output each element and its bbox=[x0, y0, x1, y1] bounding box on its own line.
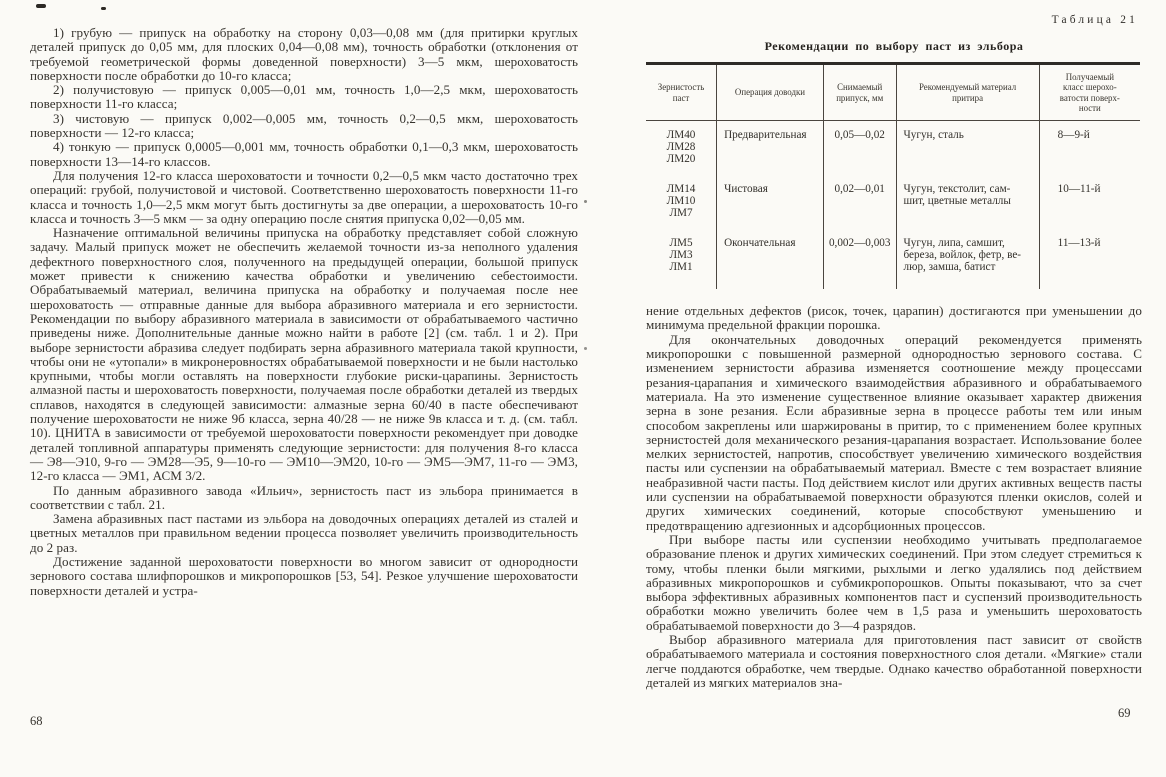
book-spread: 1) грубую — припуск на обработку на стор… bbox=[0, 0, 1166, 777]
paragraph: Замена абразивных паст пастами из эльбор… bbox=[30, 512, 578, 555]
cell-class: 11—13-й bbox=[1039, 229, 1140, 289]
paragraph: Для окончательных доводочных операций ре… bbox=[646, 333, 1142, 533]
table-row: ЛМ14 ЛМ10 ЛМ7 Чистовая 0,02—0,01 Чугун, … bbox=[646, 175, 1140, 229]
column-header-allowance: Снимаемый припуск, мм bbox=[823, 64, 896, 121]
elbor-paste-table: Зернистость паст Операция доводки Снимае… bbox=[646, 62, 1140, 289]
table-caption: Таблица 21 bbox=[646, 14, 1142, 26]
paragraph: 1) грубую — припуск на обработку на стор… bbox=[30, 26, 578, 83]
cell-material: Чугун, сталь bbox=[896, 121, 1039, 176]
cell-grit: ЛМ14 ЛМ10 ЛМ7 bbox=[646, 175, 717, 229]
cell-operation: Чистовая bbox=[717, 175, 824, 229]
paragraph: Назначение оптимальной величины припуска… bbox=[30, 226, 578, 483]
paragraph: По данным абразивного завода «Ильич», зе… bbox=[30, 484, 578, 513]
paragraph: Выбор абразивного материала для приготов… bbox=[646, 633, 1142, 690]
cell-operation: Предварительная bbox=[717, 121, 824, 176]
paragraph: При выборе пасты или суспензии необходим… bbox=[646, 533, 1142, 633]
paragraph: 3) чистовую — припуск 0,002—0,005 мм, то… bbox=[30, 112, 578, 141]
page-number-left: 68 bbox=[30, 714, 43, 729]
paragraph: 2) получистовую — припуск 0,005—0,01 мм,… bbox=[30, 83, 578, 112]
page-number-right: 69 bbox=[1118, 706, 1131, 721]
table-row: ЛМ40 ЛМ28 ЛМ20 Предварительная 0,05—0,02… bbox=[646, 121, 1140, 176]
cell-grit: ЛМ40 ЛМ28 ЛМ20 bbox=[646, 121, 717, 176]
right-page: Таблица 21 Рекомендации по выбору паст и… bbox=[646, 14, 1142, 690]
scan-artifact bbox=[36, 4, 46, 8]
cell-allowance: 0,02—0,01 bbox=[823, 175, 896, 229]
paragraph: нение отдельных дефектов (рисок, точек, … bbox=[646, 304, 1142, 333]
scan-artifact bbox=[101, 7, 106, 10]
table-title: Рекомендации по выбору паст из эльбора bbox=[646, 39, 1142, 54]
column-header-material: Рекомендуемый материал притира bbox=[896, 64, 1039, 121]
paragraph: Достижение заданной шероховатости поверх… bbox=[30, 555, 578, 598]
scan-artifact bbox=[584, 347, 587, 350]
scan-artifact bbox=[584, 200, 587, 203]
column-header-class: Получаемый класс шерохо- ватости поверх-… bbox=[1039, 64, 1140, 121]
table-row: ЛМ5 ЛМ3 ЛМ1 Окончательная 0,002—0,003 Чу… bbox=[646, 229, 1140, 289]
paragraph: 4) тонкую — припуск 0,0005—0,001 мм, точ… bbox=[30, 140, 578, 169]
column-header-operation: Операция доводки bbox=[717, 64, 824, 121]
cell-operation: Окончательная bbox=[717, 229, 824, 289]
left-page: 1) грубую — припуск на обработку на стор… bbox=[30, 26, 578, 598]
cell-class: 8—9-й bbox=[1039, 121, 1140, 176]
cell-material: Чугун, липа, самшит, береза, войлок, фет… bbox=[896, 229, 1039, 289]
right-page-text: нение отдельных дефектов (рисок, точек, … bbox=[646, 304, 1142, 690]
cell-grit: ЛМ5 ЛМ3 ЛМ1 bbox=[646, 229, 717, 289]
paragraph: Для получения 12-го класса шероховатости… bbox=[30, 169, 578, 226]
cell-allowance: 0,002—0,003 bbox=[823, 229, 896, 289]
cell-allowance: 0,05—0,02 bbox=[823, 121, 896, 176]
cell-class: 10—11-й bbox=[1039, 175, 1140, 229]
cell-material: Чугун, текстолит, сам- шит, цветные мета… bbox=[896, 175, 1039, 229]
table-header-row: Зернистость паст Операция доводки Снимае… bbox=[646, 64, 1140, 121]
column-header-grit: Зернистость паст bbox=[646, 64, 717, 121]
